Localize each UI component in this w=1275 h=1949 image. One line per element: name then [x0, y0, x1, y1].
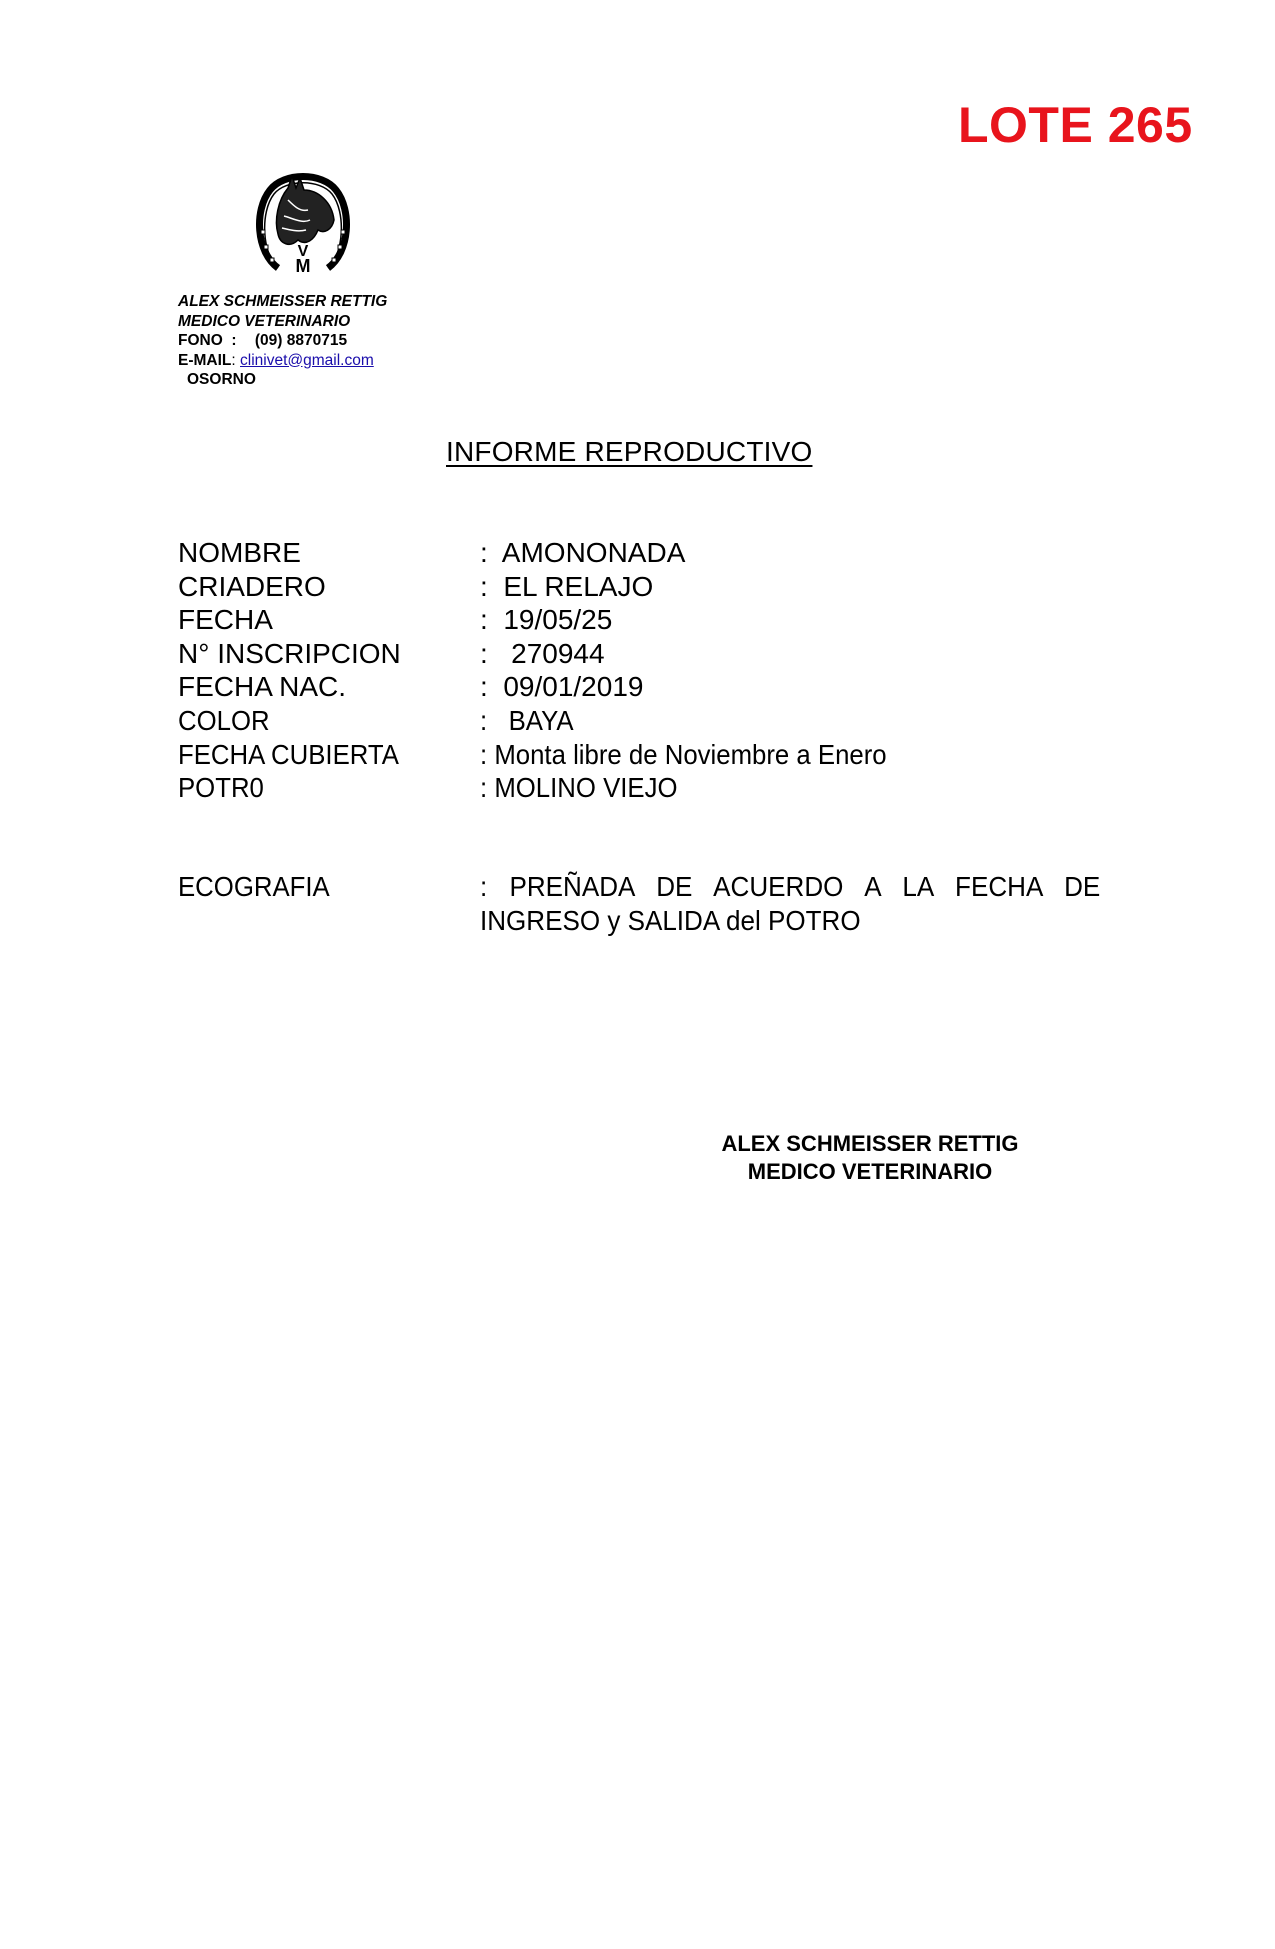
field-value: : 270944 [480, 637, 605, 671]
report-title: INFORME REPRODUCTIVO [446, 436, 812, 468]
vet-name: ALEX SCHMEISSER RETTIG [178, 292, 387, 312]
field-value: : MOLINO VIEJO [480, 771, 678, 805]
phone-line: FONO : (09) 8870715 [178, 331, 387, 351]
letterhead: ALEX SCHMEISSER RETTIG MEDICO VETERINARI… [178, 292, 387, 390]
field-label: FECHA NAC. [178, 670, 346, 704]
field-label: FECHA CUBIERTA [178, 738, 399, 772]
field-value: : 09/01/2019 [480, 670, 643, 704]
horseshoe-horse-logo-icon: V M [248, 160, 358, 278]
field-value: : BAYA [480, 704, 574, 738]
field-label: NOMBRE [178, 536, 301, 570]
lot-number: LOTE 265 [958, 96, 1193, 154]
signature-name: ALEX SCHMEISSER RETTIG [640, 1130, 1100, 1158]
field-label: POTR0 [178, 771, 264, 805]
phone-number: (09) 8870715 [241, 332, 347, 349]
field-value: : EL RELAJO [480, 570, 653, 604]
email-line: E-MAIL: clinivet@gmail.com [178, 351, 387, 371]
field-value: : 19/05/25 [480, 603, 612, 637]
field-value: : AMONONADA [480, 536, 685, 570]
signature-block: ALEX SCHMEISSER RETTIG MEDICO VETERINARI… [640, 1130, 1100, 1186]
phone-label: FONO : [178, 332, 237, 349]
field-label: FECHA [178, 603, 273, 637]
email-link[interactable]: clinivet@gmail.com [240, 352, 374, 369]
vet-profession: MEDICO VETERINARIO [178, 312, 387, 332]
ecografia-label: ECOGRAFIA [178, 870, 330, 904]
svg-text:M: M [296, 256, 311, 276]
field-label: CRIADERO [178, 570, 326, 604]
ecografia-value: : PREÑADA DE ACUERDO A LA FECHA DE INGRE… [480, 870, 1100, 938]
email-label: E-MAIL [178, 352, 231, 369]
field-label: N° INSCRIPCION [178, 637, 401, 671]
email-separator: : [231, 352, 240, 369]
field-label: COLOR [178, 704, 270, 738]
field-value: : Monta libre de Noviembre a Enero [480, 738, 887, 772]
signature-title: MEDICO VETERINARIO [640, 1158, 1100, 1186]
city: OSORNO [178, 370, 387, 390]
